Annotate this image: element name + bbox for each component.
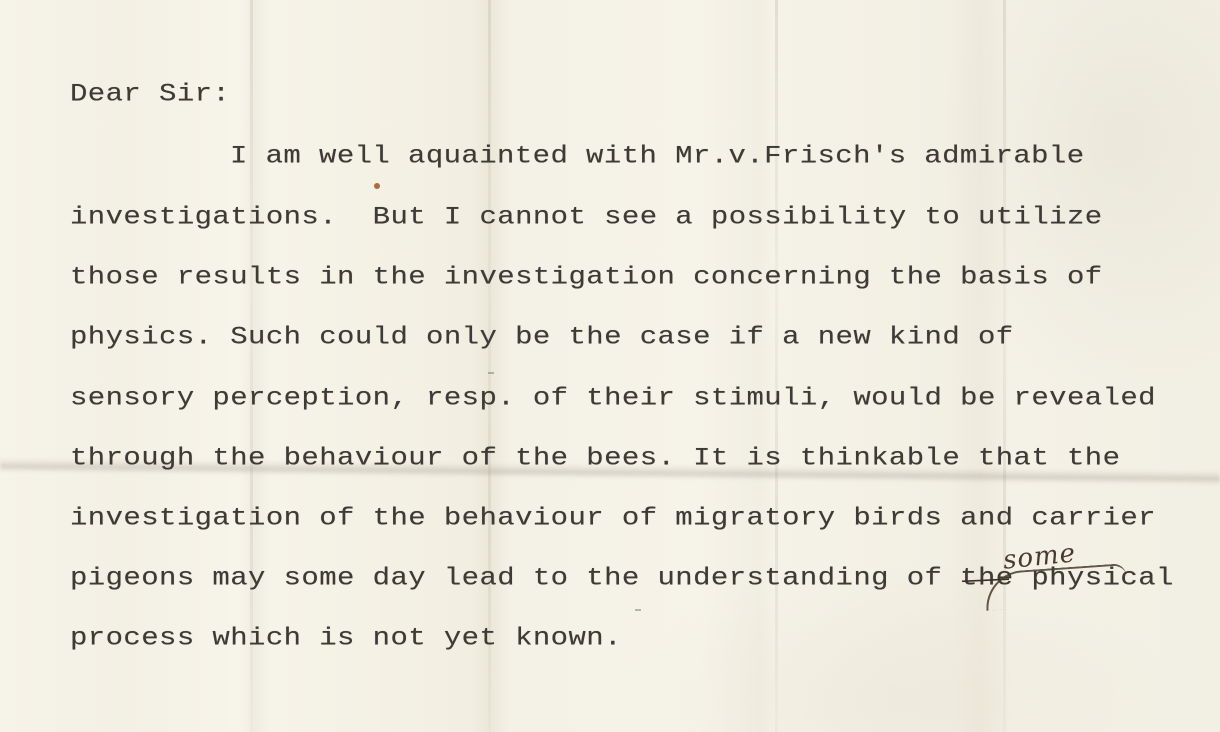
letter-line: investigation of the behaviour of migrat…	[70, 503, 1156, 534]
fold-crease-vertical	[1003, 0, 1006, 732]
letter-line: sensory perception, resp. of their stimu…	[70, 383, 1156, 414]
letter-line: I am well aquainted with Mr.v.Frisch's a…	[230, 141, 1085, 172]
paper-speck	[635, 609, 641, 611]
paper-speck	[488, 372, 494, 374]
letter-line: physics. Such could only be the case if …	[70, 322, 1014, 353]
letter-line: through the behaviour of the bees. It is…	[70, 443, 1120, 474]
line-text-before: pigeons may some day lead to the underst…	[70, 564, 960, 592]
letter-body: Dear Sir: I am well aquainted with Mr.v.…	[70, 0, 106, 363]
salutation: Dear Sir:	[70, 79, 230, 110]
letter-line: process which is not yet known.	[70, 623, 622, 654]
ink-spot	[374, 183, 380, 189]
letter-line: those results in the investigation conce…	[70, 262, 1103, 293]
fold-crease-vertical	[775, 0, 778, 732]
letter-line: investigations. But I cannot see a possi…	[70, 202, 1103, 233]
